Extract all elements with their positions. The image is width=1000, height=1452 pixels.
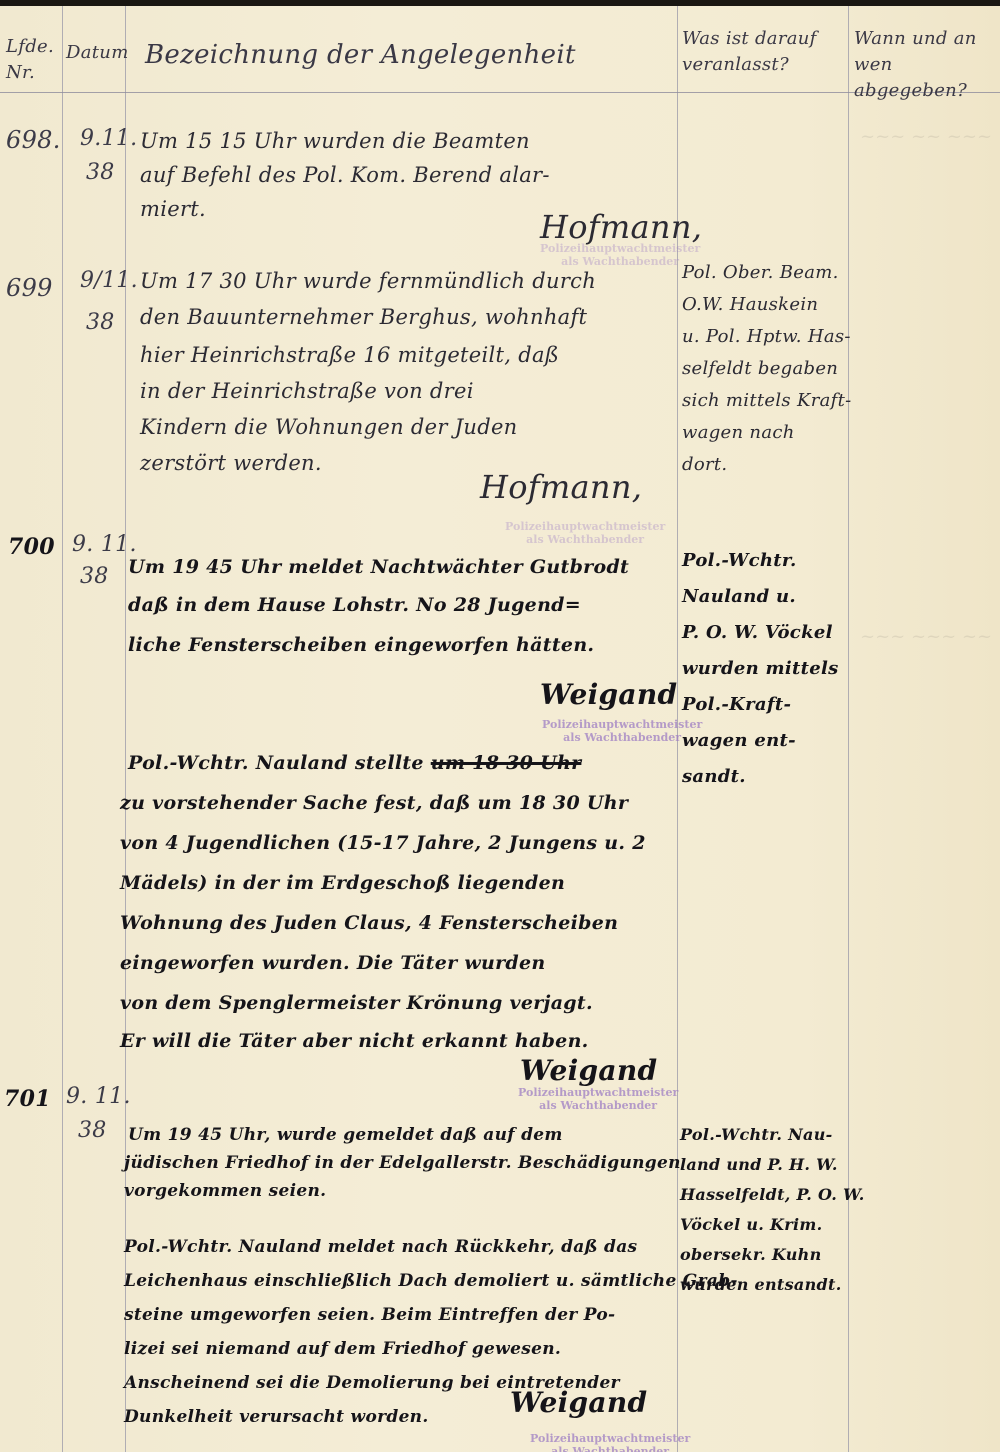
followup-text-line: lizei sei niemand auf dem Friedhof gewes…: [124, 1330, 561, 1368]
action-text-line: wurden mittels: [682, 654, 839, 684]
action-text-line: Pol. Ober. Beam.: [682, 258, 839, 288]
entry-text-line: daß in dem Hause Lohstr. No 28 Jugend=: [128, 586, 581, 624]
signature: Weigand: [510, 1386, 647, 1419]
duty-officer-stamp: Polizeihauptwachtmeister als Wachthabend…: [542, 718, 702, 744]
followup-text-line: von dem Spenglermeister Krönung verjagt.: [120, 984, 593, 1022]
action-text-line: O.W. Hauskein: [682, 290, 818, 320]
followup-text-line: Mädels) in der im Erdgeschoß liegenden: [120, 864, 565, 902]
entry-text-line: hier Heinrichstraße 16 mitgeteilt, daß: [140, 336, 559, 374]
action-text-line: Pol.-Kraft-: [682, 690, 791, 720]
duty-officer-stamp: Polizeihauptwachtmeister als Wachthabend…: [518, 1086, 678, 1112]
entry-text-line: auf Befehl des Pol. Kom. Berend alar-: [140, 156, 550, 194]
entry-text-line: den Bauunternehmer Berghus, wohnhaft: [140, 298, 587, 336]
followup-text-line: eingeworfen wurden. Die Täter wurden: [120, 944, 546, 982]
entry-number: 699: [6, 274, 53, 302]
stamp-line: Polizeihauptwachtmeister: [518, 1086, 678, 1099]
followup-text-line: von 4 Jugendlichen (15-17 Jahre, 2 Junge…: [120, 824, 646, 862]
stamp-line: als Wachthabender: [518, 1099, 678, 1112]
action-text-line: wagen nach: [682, 418, 795, 448]
followup-text: Pol.-Wchtr. Nauland stellte: [128, 752, 424, 774]
signature: Hofmann,: [480, 468, 642, 506]
stamp-line: Polizeihauptwachtmeister: [542, 718, 702, 731]
action-text-line: sandt.: [682, 762, 746, 792]
entry-date-year: 38: [78, 1114, 107, 1148]
column-rule-1: [62, 6, 63, 1452]
entry-date-year: 38: [86, 306, 115, 340]
entry-date: 9.11.: [80, 122, 137, 156]
logbook-page: ~~~ ~~ ~~~ ~~~ ~~~ ~~ Lfde. Nr. Datum Be…: [0, 6, 1000, 1452]
header-lfde-nr: Lfde. Nr.: [6, 34, 58, 86]
entry-number: 701: [4, 1086, 51, 1112]
action-text-line: Pol.-Wchtr.: [682, 546, 797, 576]
followup-text-line: steine umgeworfen seien. Beim Eintreffen…: [124, 1296, 615, 1334]
action-text-line: wagen ent-: [682, 726, 796, 756]
struck-text: um 18 30 Uhr: [431, 752, 582, 774]
followup-text-line: Er will die Täter aber nicht erkannt hab…: [120, 1022, 589, 1060]
entry-date-year: 38: [86, 156, 115, 190]
stamp-line: als Wachthabender: [530, 1445, 690, 1452]
duty-officer-stamp: Polizeihauptwachtmeister als Wachthabend…: [505, 520, 665, 546]
stamp-line: Polizeihauptwachtmeister: [540, 242, 700, 255]
action-text-line: Hasselfeldt, P. O. W.: [680, 1180, 865, 1210]
action-text-line: u. Pol. Hptw. Has-: [682, 322, 851, 352]
signature: Hofmann,: [540, 208, 702, 246]
entry-text-line: Um 15 15 Uhr wurden die Beamten: [140, 122, 530, 160]
followup-text-line: Pol.-Wchtr. Nauland stellte um 18 30 Uhr: [128, 744, 581, 782]
entry-text-line: in der Heinrichstraße von drei: [140, 372, 474, 410]
signature: Weigand: [520, 1054, 657, 1087]
action-text-line: sich mittels Kraft-: [682, 386, 852, 416]
header-datum: Datum: [66, 40, 129, 66]
entry-text-line: Kindern die Wohnungen der Juden: [140, 408, 518, 446]
entry-date: 9/11.: [80, 264, 138, 298]
entry-number: 700: [8, 534, 55, 560]
action-text-line: Pol.-Wchtr. Nau-: [680, 1120, 833, 1150]
entry-text-line: vorgekommen seien.: [124, 1172, 326, 1210]
header-bezeichnung: Bezeichnung der Angelegenheit: [145, 42, 576, 68]
header-abgegeben: Wann und an wen abgegeben?: [854, 26, 994, 104]
header-rule: [0, 92, 1000, 93]
entry-text-line: Um 17 30 Uhr wurde fernmündlich durch: [140, 262, 596, 300]
entry-date: 9. 11.: [66, 1080, 131, 1114]
action-text-line: Vöckel u. Krim.: [680, 1210, 822, 1240]
entry-text-line: liche Fensterscheiben eingeworfen hätten…: [128, 626, 594, 664]
action-text-line: wurden entsandt.: [680, 1270, 842, 1300]
stamp-line: als Wachthabender: [505, 533, 665, 546]
action-text-line: selfeldt begaben: [682, 354, 838, 384]
action-text-line: Nauland u.: [682, 582, 796, 612]
followup-text-line: Leichenhaus einschließlich Dach demolier…: [124, 1262, 738, 1300]
entry-number: 698.: [6, 126, 61, 154]
header-veranlasst: Was ist darauf veranlasst?: [682, 26, 842, 78]
followup-text-line: Pol.-Wchtr. Nauland meldet nach Rückkehr…: [124, 1228, 637, 1266]
duty-officer-stamp: Polizeihauptwachtmeister als Wachthabend…: [530, 1432, 690, 1452]
bleed-through-text: ~~~ ~~~ ~~: [860, 626, 992, 647]
entry-text-line: Um 19 45 Uhr meldet Nachtwächter Gutbrod…: [128, 548, 629, 586]
followup-text-line: Dunkelheit verursacht worden.: [124, 1398, 429, 1436]
stamp-line: Polizeihauptwachtmeister: [505, 520, 665, 533]
entry-date-year: 38: [80, 560, 109, 594]
action-text-line: P. O. W. Vöckel: [682, 618, 833, 648]
bleed-through-text: ~~~ ~~ ~~~: [860, 126, 992, 147]
followup-text-line: Wohnung des Juden Claus, 4 Fensterscheib…: [120, 904, 618, 942]
column-rule-4: [848, 6, 849, 1452]
stamp-line: Polizeihauptwachtmeister: [530, 1432, 690, 1445]
signature: Weigand: [540, 678, 677, 711]
stamp-line: als Wachthabender: [542, 731, 702, 744]
entry-text-line: zerstört werden.: [140, 444, 322, 482]
action-text-line: dort.: [682, 450, 727, 480]
followup-text-line: zu vorstehender Sache fest, daß um 18 30…: [120, 784, 628, 822]
action-text-line: obersekr. Kuhn: [680, 1240, 822, 1270]
action-text-line: land und P. H. W.: [680, 1150, 838, 1180]
entry-text-line: miert.: [140, 190, 206, 228]
